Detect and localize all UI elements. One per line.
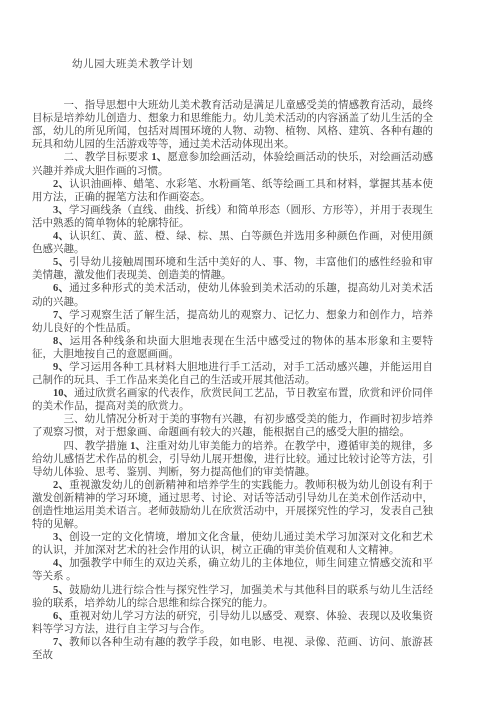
paragraph-body-text: 引导幼儿接触周围环境和生活中美好的人、事、物，丰富他们的感性经验和审美情趣，激发… xyxy=(32,257,433,281)
paragraph: 二、教学目标要求 1、愿意参加绘画活动，体验绘画活动的快乐，对绘画活动感兴趣并养… xyxy=(32,151,433,177)
paragraph-number-marker: 3、 xyxy=(53,532,69,543)
document-body: 一、指导思想中大班幼儿美术教育活动是满足儿童感受美的情感教育活动，最终目标是培养… xyxy=(32,99,433,662)
paragraph: 7、教师以各种生动有趣的教学手段，如电影、电视、录像、范画、访问、旅游甚至故 xyxy=(32,636,433,662)
paragraph-prefix-text: 四、教学措施 xyxy=(64,441,131,452)
paragraph-number-marker: 4、 xyxy=(53,231,69,242)
paragraph-number-marker: 3、 xyxy=(53,205,69,216)
paragraph: 2、认识油画棒、蜡笔、水彩笔、水粉画笔、纸等绘画工具和材料，掌握其基本使用方法，… xyxy=(32,178,433,204)
paragraph-body-text: 加强教学中师生的双边关系，确立幼儿的主体地位，师生间建立情感交流和平等关系 。 xyxy=(32,558,433,582)
paragraph: 5、引导幼儿接触周围环境和生活中美好的人、事、物，丰富他们的感性经验和审美情趣，… xyxy=(32,256,433,282)
paragraph-prefix-text: 三、幼儿情况分析对于美的事物有兴趣，有初步感受美的能力，作画时初步培养了观察习惯… xyxy=(32,414,433,438)
document-title: 幼儿园大班美术教学计划 xyxy=(32,58,433,71)
paragraph-number-marker: 5、 xyxy=(53,585,69,596)
paragraph-body-text: 重视激发幼儿的创新精神和培养学生的实践能力。教师积极为幼儿创设有利于激发创新精神… xyxy=(32,480,433,530)
paragraph: 6、通过多种形式的美术活动，使幼儿体验到美术活动的乐趣，提高幼儿对美术活动的兴趣… xyxy=(32,282,433,308)
paragraph: 9、学习运用各种工具材料大胆地进行手工活动，对手工活动感兴趣，并能运用自己制作的… xyxy=(32,361,433,387)
paragraph-body-text: 运用各种线条和块面大胆地表现在生活中感受过的物体的基本形象和主要特征，大胆地按自… xyxy=(32,336,433,360)
paragraph: 三、幼儿情况分析对于美的事物有兴趣，有初步感受美的能力，作画时初步培养了观察习惯… xyxy=(32,413,433,439)
paragraph: 8、运用各种线条和块面大胆地表现在生活中感受过的物体的基本形象和主要特征，大胆地… xyxy=(32,335,433,361)
paragraph-prefix-text: 一、指导思想中大班幼儿美术教育活动是满足儿童感受美的情感教育活动，最终目标是培养… xyxy=(32,100,433,150)
paragraph: 2、重视激发幼儿的创新精神和培养学生的实践能力。教师积极为幼儿创设有利于激发创新… xyxy=(32,479,433,531)
paragraph-number-marker: 1、 xyxy=(151,152,167,163)
paragraph-number-marker: 7、 xyxy=(53,310,69,321)
paragraph-body-text: 学习运用各种工具材料大胆地进行手工活动，对手工活动感兴趣，并能运用自己制作的玩具… xyxy=(32,362,433,386)
paragraph: 四、教学措施 1、注重对幼儿审美能力的培养。在教学中，遵循审美的规律，多给幼儿感… xyxy=(32,440,433,479)
paragraph: 一、指导思想中大班幼儿美术教育活动是满足儿童感受美的情感教育活动，最终目标是培养… xyxy=(32,99,433,151)
paragraph-number-marker: 2、 xyxy=(53,179,69,190)
paragraph-number-marker: 6、 xyxy=(53,283,69,294)
paragraph-body-text: 鼓励幼儿进行综合性与探究性学习，加强美术与其他科目的联系与幼儿生活经验的联系，培… xyxy=(32,585,433,609)
paragraph: 3、创设一定的文化情境，增加文化含量，使幼儿通过美术学习加深对文化和艺术的认识，… xyxy=(32,531,433,557)
paragraph: 5、鼓励幼儿进行综合性与探究性学习，加强美术与其他科目的联系与幼儿生活经验的联系… xyxy=(32,584,433,610)
paragraph: 3、学习画线条（直线、曲线、折线）和简单形态（圆形、方形等），并用于表现生活中熟… xyxy=(32,204,433,230)
paragraph-number-marker: 7、 xyxy=(53,637,69,648)
paragraph-body-text: 教师以各种生动有趣的教学手段，如电影、电视、录像、范画、访问、旅游甚至故 xyxy=(32,637,433,661)
paragraph-number-marker: 4、 xyxy=(53,558,69,569)
document-page: 幼儿园大班美术教学计划 一、指导思想中大班幼儿美术教育活动是满足儿童感受美的情感… xyxy=(0,0,496,702)
paragraph-body-text: 认识油画棒、蜡笔、水彩笔、水粉画笔、纸等绘画工具和材料，掌握其基本使用方法，正确… xyxy=(32,179,433,203)
paragraph-body-text: 学习观察生活了解生活，提高幼儿的观察力、记忆力、想象力和创作力，培养幼儿良好的个… xyxy=(32,310,433,334)
paragraph-number-marker: 5、 xyxy=(53,257,69,268)
paragraph-body-text: 通过多种形式的美术活动，使幼儿体验到美术活动的乐趣，提高幼儿对美术活动的兴趣。 xyxy=(32,283,433,307)
paragraph: 10、通过欣赏名画家的代表作，欣赏民间工艺品，节日教室布置，欣赏和评价同伴的美术… xyxy=(32,387,433,413)
paragraph-number-marker: 8、 xyxy=(53,336,70,347)
paragraph-number-marker: 9、 xyxy=(53,362,69,373)
paragraph-number-marker: 1、 xyxy=(130,441,146,452)
paragraph: 7、学习观察生活了解生活，提高幼儿的观察力、记忆力、想象力和创作力，培养幼儿良好… xyxy=(32,309,433,335)
paragraph-number-marker: 10、 xyxy=(53,388,74,399)
paragraph-body-text: 创设一定的文化情境，增加文化含量，使幼儿通过美术学习加深对文化和艺术的认识，并加… xyxy=(32,532,433,556)
paragraph-body-text: 学习画线条（直线、曲线、折线）和简单形态（圆形、方形等），并用于表现生活中熟悉的… xyxy=(32,205,433,229)
paragraph-body-text: 认识红、黄、蓝、橙、绿、棕、黑、白等颜色并选用多种颜色作画，对使用颜色感兴趣。 xyxy=(32,231,433,255)
paragraph: 4、加强教学中师生的双边关系，确立幼儿的主体地位，师生间建立情感交流和平等关系 … xyxy=(32,557,433,583)
paragraph-number-marker: 2、 xyxy=(53,480,69,491)
paragraph-number-marker: 6、 xyxy=(53,611,69,622)
paragraph-prefix-text: 二、教学目标要求 xyxy=(64,152,152,163)
paragraph: 4、认识红、黄、蓝、橙、绿、棕、黑、白等颜色并选用多种颜色作画，对使用颜色感兴趣… xyxy=(32,230,433,256)
paragraph: 6、重视对幼儿学习方法的研究，引导幼儿以感受、观察、体验、表现以及收集资料等学习… xyxy=(32,610,433,636)
paragraph-body-text: 重视对幼儿学习方法的研究，引导幼儿以感受、观察、体验、表现以及收集资料等学习方法… xyxy=(32,611,433,635)
paragraph-body-text: 通过欣赏名画家的代表作，欣赏民间工艺品，节日教室布置，欣赏和评价同伴的美术作品，… xyxy=(32,388,433,412)
